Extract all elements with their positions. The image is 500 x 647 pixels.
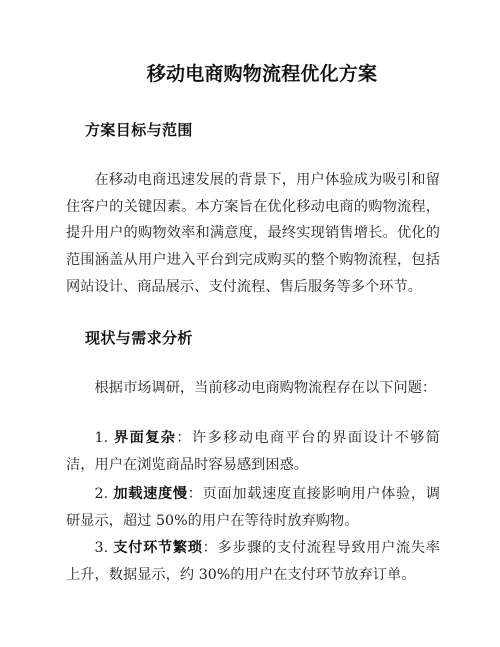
issue-item-complex-payment: 3. 支付环节繁琐：多步骤的支付流程导致用户流失率上升，数据显示，约 30%的用…	[66, 535, 440, 588]
issue-colon: ：	[188, 486, 203, 502]
analysis-lead-paragraph: 根据市场调研，当前移动电商购物流程存在以下问题：	[66, 375, 440, 402]
issue-term: 加载速度慢	[113, 486, 187, 502]
issue-number: 2.	[95, 486, 114, 502]
issue-item-slow-loading: 2. 加载速度慢：页面加载速度直接影响用户体验，调研显示，超过 50%的用户在等…	[66, 481, 440, 534]
document-page: 移动电商购物流程优化方案 方案目标与范围 在移动电商迅速发展的背景下，用户体验成…	[0, 0, 500, 647]
issue-term: 支付环节繁琐	[113, 540, 202, 556]
issue-number: 1.	[95, 430, 115, 446]
issue-term: 界面复杂	[114, 430, 176, 446]
issue-colon: ：	[176, 430, 192, 446]
document-title: 移动电商购物流程优化方案	[0, 60, 500, 88]
section-heading-goals-scope: 方案目标与范围	[85, 119, 193, 141]
issue-item-complex-interface: 1. 界面复杂：许多移动电商平台的界面设计不够简洁，用户在浏览商品时容易感到困惑…	[66, 425, 440, 478]
section-heading-status-analysis: 现状与需求分析	[85, 327, 193, 349]
goals-scope-paragraph: 在移动电商迅速发展的背景下，用户体验成为吸引和留住客户的关键因素。本方案旨在优化…	[66, 167, 440, 301]
issue-number: 3.	[95, 540, 114, 556]
issue-colon: ：	[203, 540, 218, 556]
